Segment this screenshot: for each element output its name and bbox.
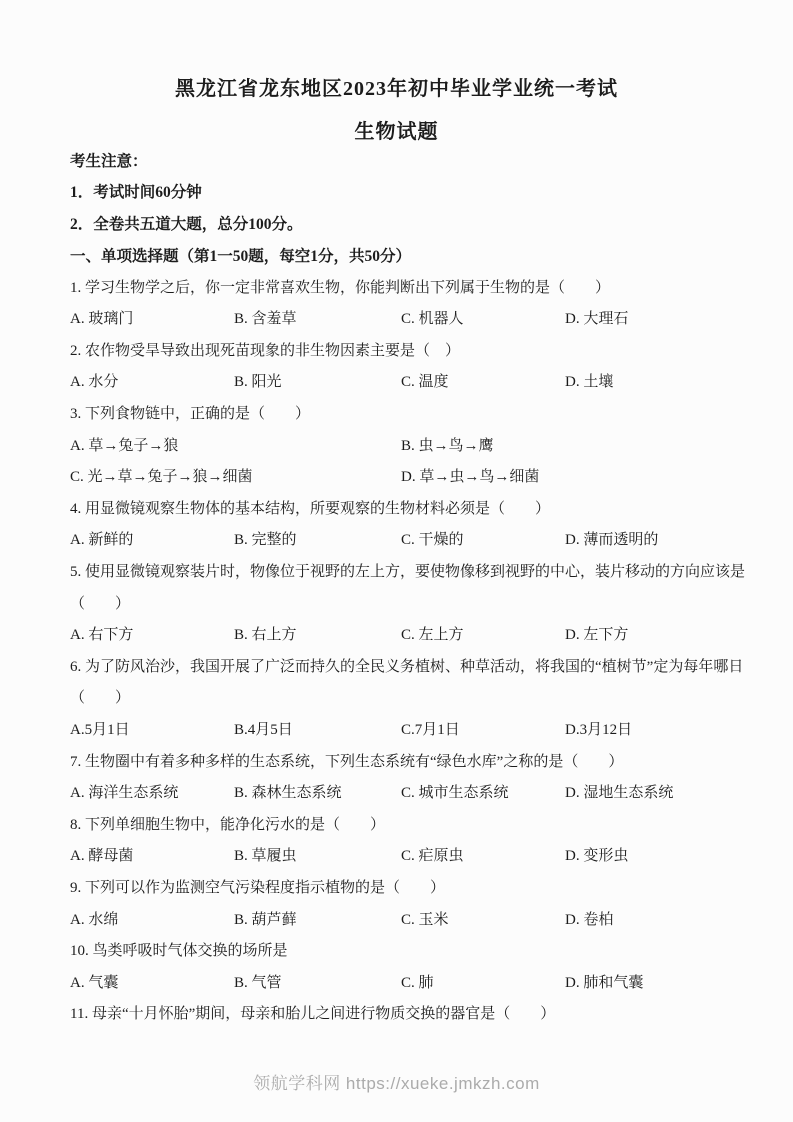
question-3-stem: 3. 下列食物链中，正确的是（ ） [70, 397, 750, 429]
option-b: B.4月5日 [234, 713, 293, 745]
question-10-stem: 10. 鸟类呼吸时气体交换的场所是 [70, 934, 750, 966]
option-a: A. 海洋生态系统 [70, 776, 178, 808]
option-a: A. 玻璃门 [70, 302, 133, 334]
page-title: 黑龙江省龙东地区2023年初中毕业学业统一考试 [0, 72, 793, 101]
option-a: A. 酵母菌 [70, 839, 133, 871]
option-d: D. 卷柏 [565, 902, 613, 934]
option-b: B. 阳光 [234, 365, 282, 397]
option-b: B. 葫芦藓 [234, 902, 297, 934]
question-6-stem-line-2: （ ） [70, 681, 750, 713]
option-c: C. 疟原虫 [401, 839, 464, 871]
watermark: 领航学科网 https://xueke.jmkzh.com [0, 1069, 793, 1094]
option-b: B. 草履虫 [234, 839, 297, 871]
option-c: C. 光→草→兔子→狼→细菌 [70, 460, 253, 492]
question-8-stem: 8. 下列单细胞生物中，能净化污水的是（ ） [70, 807, 750, 839]
option-b: B. 森林生态系统 [234, 776, 342, 808]
option-d: D. 草→虫→鸟→细菌 [401, 460, 539, 492]
option-c: C. 玉米 [401, 902, 449, 934]
question-6-stem: 6. 为了防风治沙，我国开展了广泛而持久的全民义务植树、种草活动，将我国的“植树… [70, 650, 750, 682]
question-10-options: A. 气囊 B. 气管 C. 肺 D. 肺和气囊 [70, 965, 750, 997]
option-b: B. 含羞草 [234, 302, 297, 334]
notice-heading: 考生注意： [70, 144, 750, 176]
option-d: D. 湿地生态系统 [565, 776, 673, 808]
option-b: B. 气管 [234, 965, 282, 997]
question-8-options: A. 酵母菌 B. 草履虫 C. 疟原虫 D. 变形虫 [70, 839, 750, 871]
option-d: D.3月12日 [565, 713, 632, 745]
option-c: C. 机器人 [401, 302, 464, 334]
option-a: A. 水分 [70, 365, 118, 397]
option-d: D. 左下方 [565, 618, 628, 650]
notice-item-2: 2．全卷共五道大题，总分100分。 [70, 207, 750, 239]
question-9-stem: 9. 下列可以作为监测空气污染程度指示植物的是（ ） [70, 871, 750, 903]
section-heading: 一、单项选择题（第1一50题，每空1分，共50分） [70, 239, 750, 271]
question-3-options-row-2: C. 光→草→兔子→狼→细菌 D. 草→虫→鸟→细菌 [70, 460, 750, 492]
option-d: D. 变形虫 [565, 839, 628, 871]
option-a: A.5月1日 [70, 713, 130, 745]
question-7-options: A. 海洋生态系统 B. 森林生态系统 C. 城市生态系统 D. 湿地生态系统 [70, 776, 750, 808]
question-5-options: A. 右下方 B. 右上方 C. 左上方 D. 左下方 [70, 618, 750, 650]
option-b: B. 完整的 [234, 523, 297, 555]
question-2-stem: 2. 农作物受旱导致出现死苗现象的非生物因素主要是（ ） [70, 334, 750, 366]
option-d: D. 薄而透明的 [565, 523, 658, 555]
question-7-stem: 7. 生物圈中有着多种多样的生态系统，下列生态系统有“绿色水库”之称的是（ ） [70, 744, 750, 776]
exam-body: 考生注意： 1．考试时间60分钟 2．全卷共五道大题，总分100分。 一、单项选… [70, 144, 750, 1029]
option-c: C. 城市生态系统 [401, 776, 509, 808]
option-d: D. 肺和气囊 [565, 965, 643, 997]
option-d: D. 土壤 [565, 365, 613, 397]
option-a: A. 草→兔子→狼 [70, 428, 178, 460]
exam-paper-page: 黑龙江省龙东地区2023年初中毕业学业统一考试 生物试题 考生注意： 1．考试时… [0, 0, 793, 1122]
question-9-options: A. 水绵 B. 葫芦藓 C. 玉米 D. 卷柏 [70, 902, 750, 934]
option-d: D. 大理石 [565, 302, 628, 334]
option-a: A. 新鲜的 [70, 523, 133, 555]
option-c: C. 干燥的 [401, 523, 464, 555]
question-4-options: A. 新鲜的 B. 完整的 C. 干燥的 D. 薄而透明的 [70, 523, 750, 555]
question-2-options: A. 水分 B. 阳光 C. 温度 D. 土壤 [70, 365, 750, 397]
question-5-stem-line-2: （ ） [70, 586, 750, 618]
option-c: C. 左上方 [401, 618, 464, 650]
question-6-options: A.5月1日 B.4月5日 C.7月1日 D.3月12日 [70, 713, 750, 745]
option-a: A. 水绵 [70, 902, 118, 934]
question-11-stem: 11. 母亲“十月怀胎”期间，母亲和胎儿之间进行物质交换的器官是（ ） [70, 997, 750, 1029]
page-subtitle: 生物试题 [0, 115, 793, 144]
question-4-stem: 4. 用显微镜观察生物体的基本结构，所要观察的生物材料必须是（ ） [70, 492, 750, 524]
option-c: C.7月1日 [401, 713, 460, 745]
option-c: C. 温度 [401, 365, 449, 397]
option-c: C. 肺 [401, 965, 434, 997]
notice-item-1: 1．考试时间60分钟 [70, 176, 750, 208]
option-a: A. 气囊 [70, 965, 118, 997]
question-3-options-row-1: A. 草→兔子→狼 B. 虫→鸟→鹰 [70, 428, 750, 460]
option-b: B. 虫→鸟→鹰 [401, 428, 494, 460]
question-1-stem: 1. 学习生物学之后，你一定非常喜欢生物，你能判断出下列属于生物的是（ ） [70, 270, 750, 302]
question-5-stem: 5. 使用显微镜观察装片时，物像位于视野的左上方，要使物像移到视野的中心，装片移… [70, 555, 750, 587]
question-1-options: A. 玻璃门 B. 含羞草 C. 机器人 D. 大理石 [70, 302, 750, 334]
option-b: B. 右上方 [234, 618, 297, 650]
option-a: A. 右下方 [70, 618, 133, 650]
